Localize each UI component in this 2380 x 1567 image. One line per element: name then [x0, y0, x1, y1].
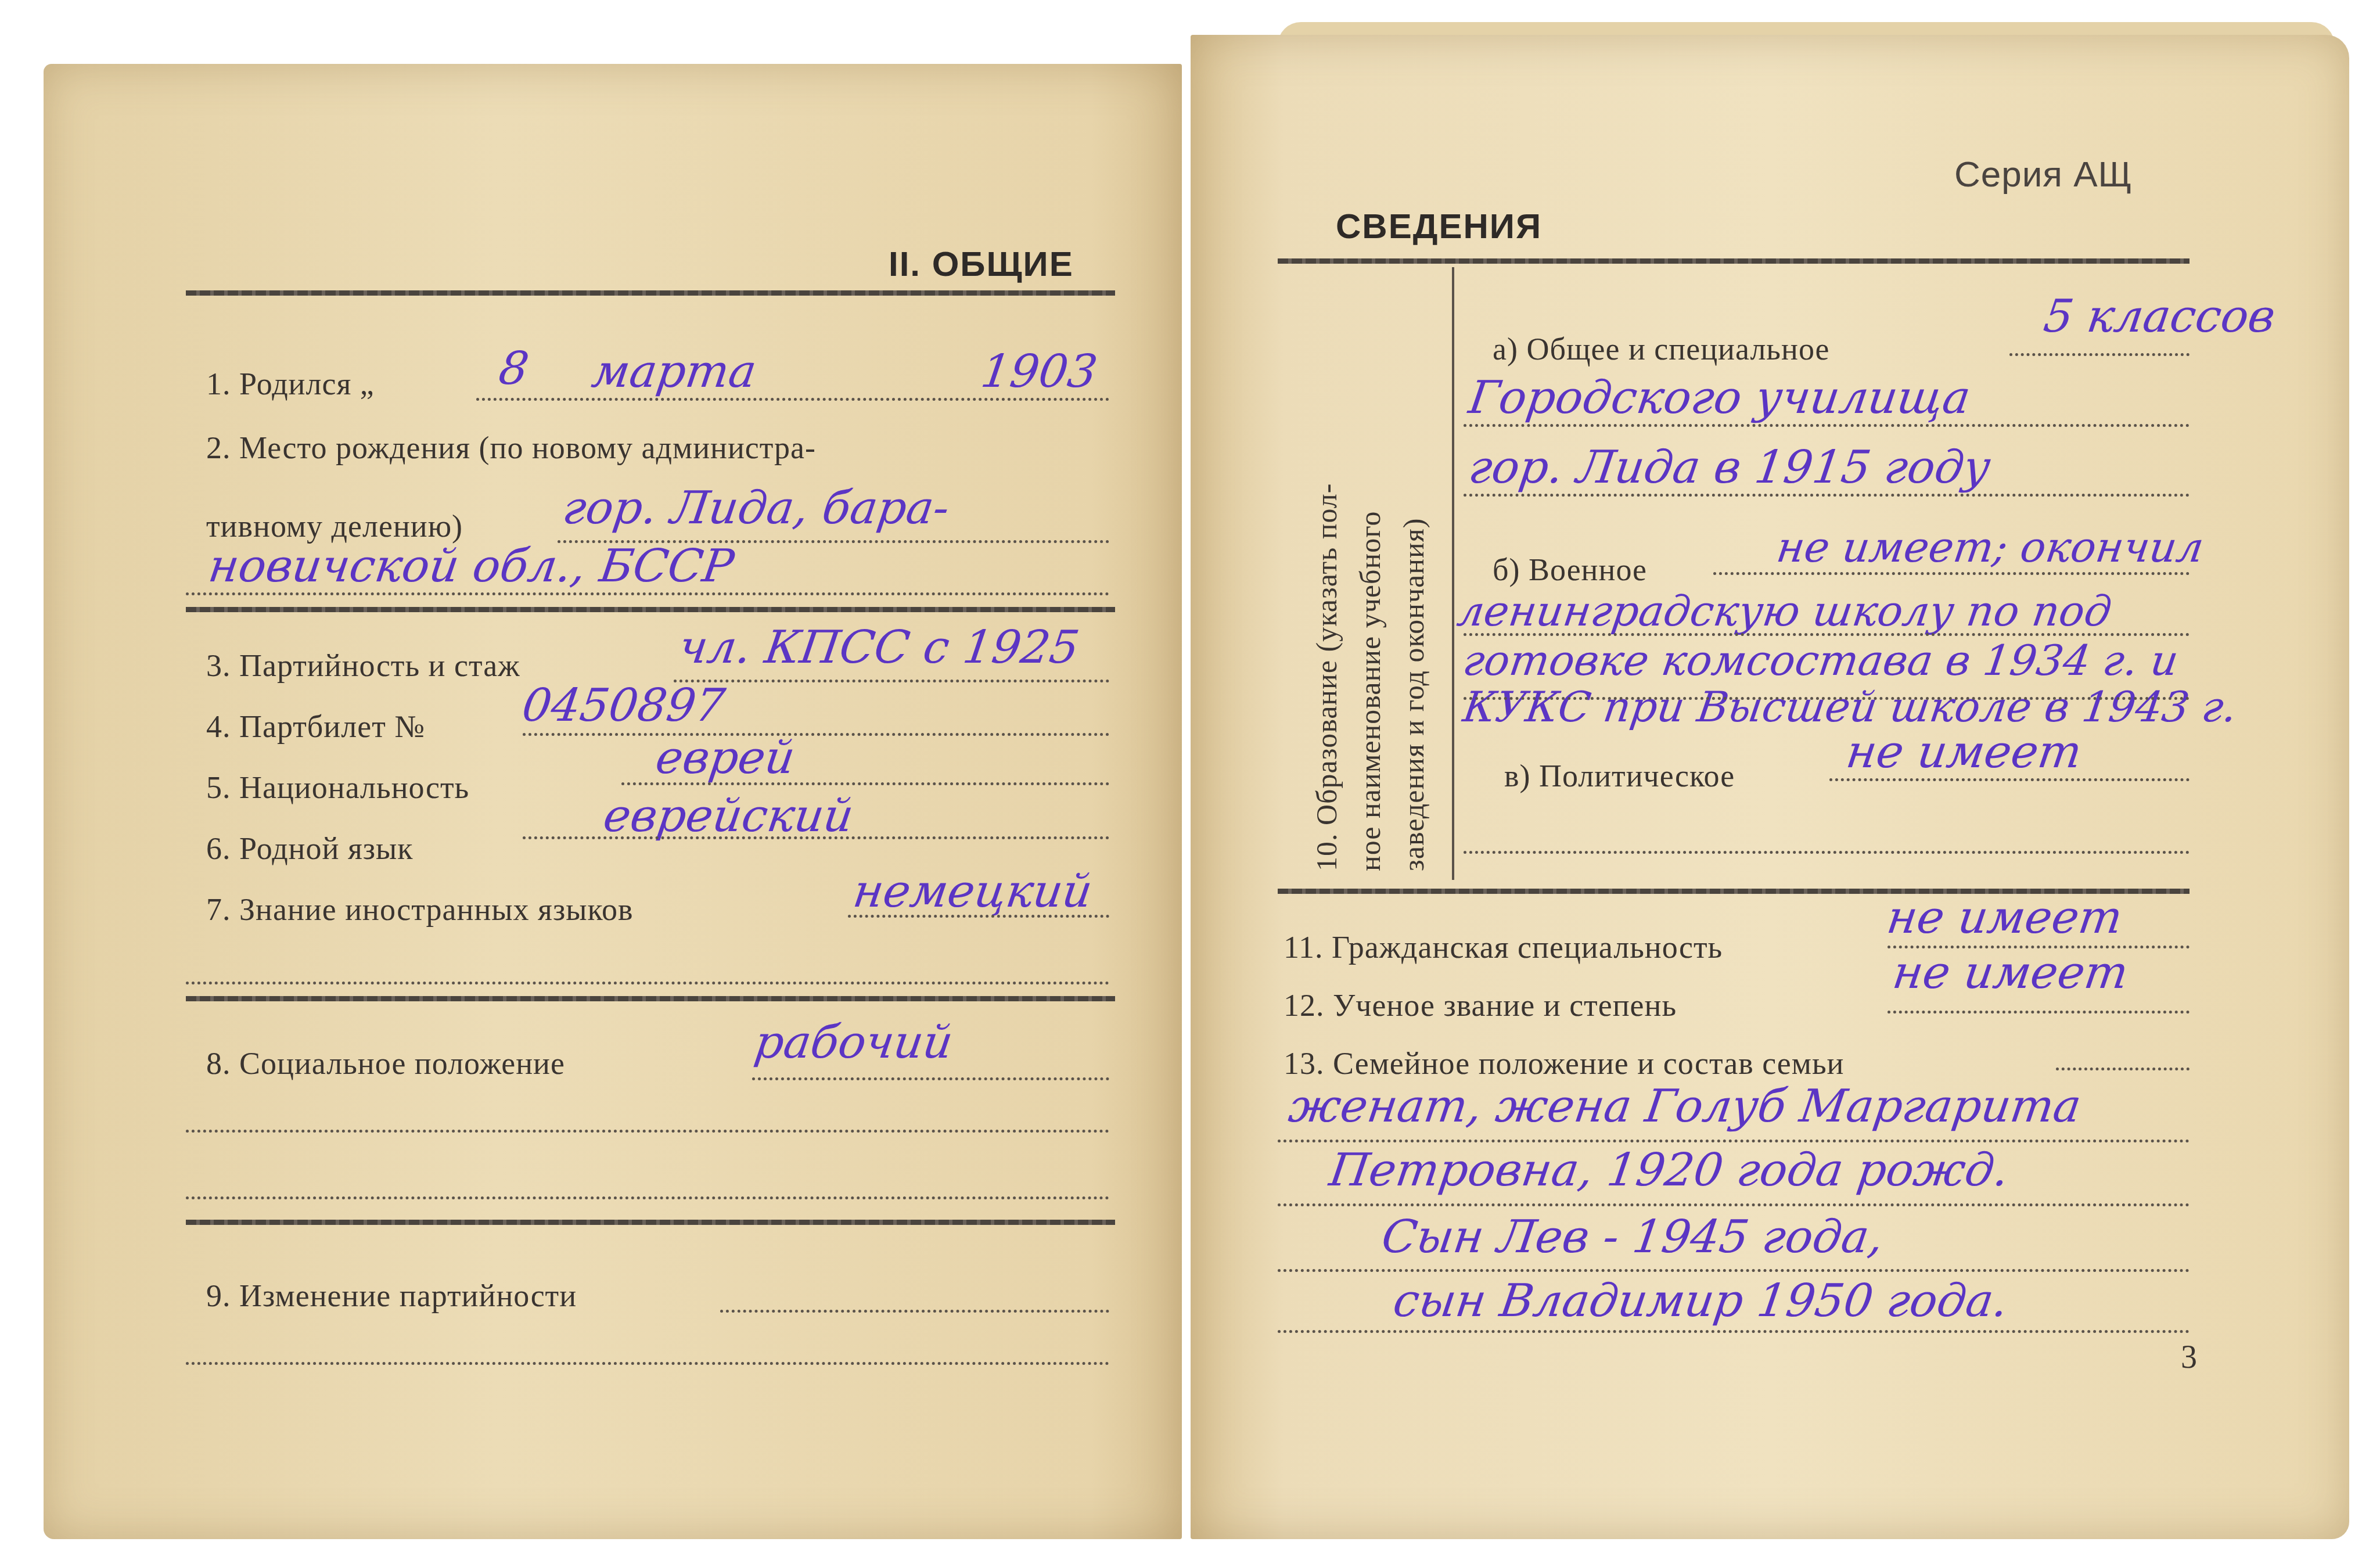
- civil-specialty-value: не имеет: [1884, 892, 2126, 944]
- field-9-label: 9. Изменение партийности: [206, 1278, 577, 1314]
- family-value-3: Сын Лев - 1945 года,: [1379, 1211, 1887, 1263]
- education-label-line3: заведения и год окончания): [1397, 518, 1430, 871]
- education-column-divider: [1452, 267, 1454, 880]
- education-general-value-2: Городского училища: [1466, 372, 1973, 424]
- education-military-value-1: не имеет; окончил: [1774, 523, 2207, 572]
- divider: [1278, 258, 2190, 264]
- field-12-label: 12. Ученое звание и степень: [1284, 987, 1677, 1023]
- page-number: 3: [2181, 1339, 2197, 1376]
- series-label: Серия АЩ: [1954, 154, 2133, 195]
- education-military-value-3: готовке комсостава в 1934 г. и: [1460, 636, 2181, 685]
- education-label-line2: ное наименование учебного: [1353, 511, 1387, 871]
- education-political-value: не имеет: [1843, 726, 2085, 778]
- birth-month-value: марта: [589, 346, 760, 398]
- birthplace-value-line2: новичской обл., БССР: [206, 540, 737, 592]
- divider: [186, 996, 1115, 1001]
- education-military-label: б) Военное: [1493, 552, 1647, 588]
- field-7-label: 7. Знание иностранных языков: [206, 892, 634, 928]
- field-4-label: 4. Партбилет №: [206, 709, 425, 745]
- education-label-line1: 10. Образование (указать пол-: [1310, 483, 1343, 871]
- education-general-label: а) Общее и специальное: [1493, 331, 1830, 367]
- family-value-2: Петровна, 1920 года рожд.: [1326, 1144, 2012, 1196]
- divider: [186, 607, 1115, 612]
- field-8-label: 8. Социальное положение: [206, 1045, 565, 1081]
- party-card-number-value: 0450897: [519, 680, 728, 732]
- field-11-label: 11. Гражданская специальность: [1284, 929, 1723, 965]
- education-military-value-4: КУКС при Высшей школе в 1943 г.: [1460, 682, 2240, 731]
- field-2-label-line1: 2. Место рождения (по новому администра-: [206, 430, 816, 466]
- section-title-general: II. ОБЩИЕ: [889, 244, 1074, 284]
- family-value-4: сын Владимир 1950 года.: [1390, 1275, 2011, 1327]
- birthplace-value-line1: гор. Лида, бара-: [560, 482, 952, 534]
- divider: [186, 1220, 1115, 1225]
- section-title-info: СВЕДЕНИЯ: [1336, 206, 1542, 246]
- education-general-value-1: 5 классов: [2041, 290, 2279, 343]
- field-13-label: 13. Семейное положение и состав семьи: [1284, 1045, 1845, 1081]
- field-6-label: 6. Родной язык: [206, 831, 414, 867]
- social-status-value: рабочий: [752, 1016, 957, 1069]
- field-3-label: 3. Партийность и стаж: [206, 648, 520, 684]
- education-military-value-2: ленинградскую школу по под: [1454, 587, 2115, 635]
- field-2-label-line2: тивному делению): [206, 508, 463, 544]
- field-5-label: 5. Национальность: [206, 770, 469, 806]
- native-language-value: еврейский: [601, 790, 857, 842]
- foreign-languages-value: немецкий: [850, 865, 1095, 918]
- nationality-value: еврей: [653, 732, 799, 784]
- birth-year-value: 1903: [978, 346, 1101, 398]
- party-membership-value: чл. КПСС с 1925: [676, 621, 1083, 674]
- divider: [186, 290, 1115, 296]
- academic-degree-value: не имеет: [1890, 947, 2131, 999]
- education-general-value-3: гор. Лида в 1915 году: [1466, 441, 1994, 494]
- education-political-label: в) Политическое: [1504, 758, 1735, 794]
- field-1-label: 1. Родился „: [206, 366, 375, 402]
- family-value-1: женат, жена Голуб Маргарита: [1286, 1080, 2084, 1133]
